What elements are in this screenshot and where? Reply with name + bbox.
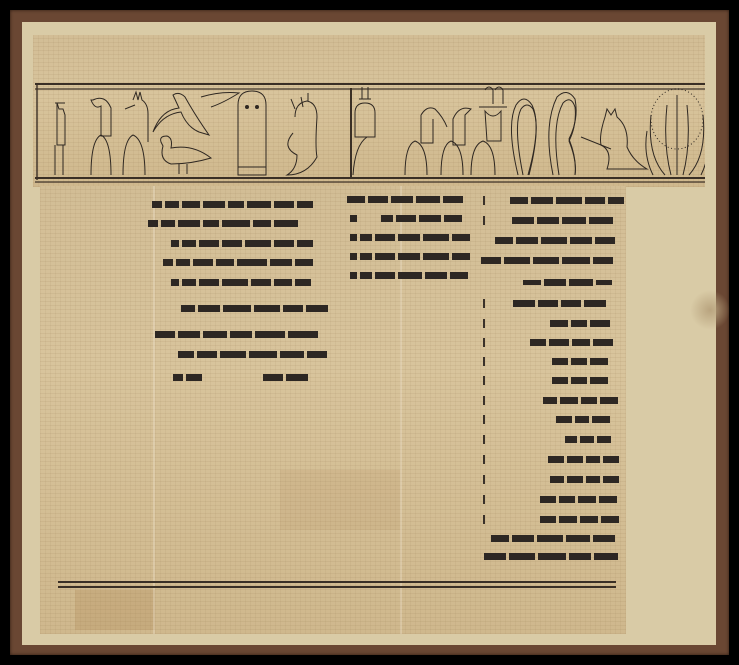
hieratic-line [481,255,613,265]
column-tick [483,376,485,385]
bottom-border-line [58,581,616,583]
serpent-icon [511,99,536,175]
vignette-drawing [33,85,705,180]
hieratic-line [350,251,470,261]
duck-icon [161,136,211,174]
hieratic-line [171,277,311,287]
falcon-headed-deity-icon [441,108,471,175]
hieratic-line [347,194,463,204]
hieratic-line [540,494,617,504]
hieratic-line [540,514,619,524]
hieratic-line [550,474,619,484]
hieratic-line [548,454,619,464]
column-tick [483,475,485,484]
hieratic-line [350,270,468,280]
hieratic-line [550,318,610,328]
mount-stain [690,290,730,330]
hieratic-line [530,337,613,347]
hieratic-line [556,414,610,424]
hieratic-line [543,395,618,405]
column-tick [483,357,485,366]
column-tick [483,319,485,328]
column-tick [483,495,485,504]
deity-with-feathers-icon [353,87,375,175]
hieratic-line [350,232,470,242]
column-tick [483,455,485,464]
hieratic-line [491,533,615,543]
sycamore-tree-icon [646,89,705,175]
papyrus-main-sheet [40,186,626,634]
hieratic-line [178,349,327,359]
hieratic-line [350,213,462,223]
column-tick [483,396,485,405]
vignette-bottom-border [35,181,705,183]
shrouded-figure-icon [238,91,266,175]
bird-spread-wings-icon [153,93,239,136]
hieratic-line [163,257,313,267]
deity-with-headdress-icon [55,103,65,175]
hieratic-line [148,218,298,228]
hieratic-line [495,235,615,245]
papyrus-sheet-join [153,186,155,634]
hieratic-line [552,356,608,366]
double-headed-deity-icon [471,87,507,175]
papyrus-stain [75,590,155,630]
serpent-icon [549,92,576,175]
hieratic-line [155,329,318,339]
column-tick [483,515,485,524]
hieratic-line [171,238,313,248]
hieratic-line [565,434,611,444]
papyrus-stain [280,470,400,530]
hieratic-line [173,372,202,382]
hieratic-line [510,195,624,205]
kneeling-goddess-icon [287,93,317,175]
hieratic-line [152,199,313,209]
hieratic-line [513,298,606,308]
column-tick [483,299,485,308]
jackal-headed-deity-icon [123,92,148,175]
human-headed-deity-icon [91,98,111,175]
column-tick [483,415,485,424]
column-tick [483,338,485,347]
cat-with-knife-icon [581,109,647,169]
column-tick [483,216,485,225]
column-tick [483,435,485,444]
hieratic-line [263,372,308,382]
bottom-border-line [58,586,616,588]
hieratic-line [523,277,612,287]
hieratic-line [484,551,618,561]
hieratic-line [181,303,328,313]
hieratic-line [512,215,613,225]
column-tick [483,196,485,205]
ibis-headed-deity-icon [405,108,447,175]
hieratic-line [552,375,608,385]
